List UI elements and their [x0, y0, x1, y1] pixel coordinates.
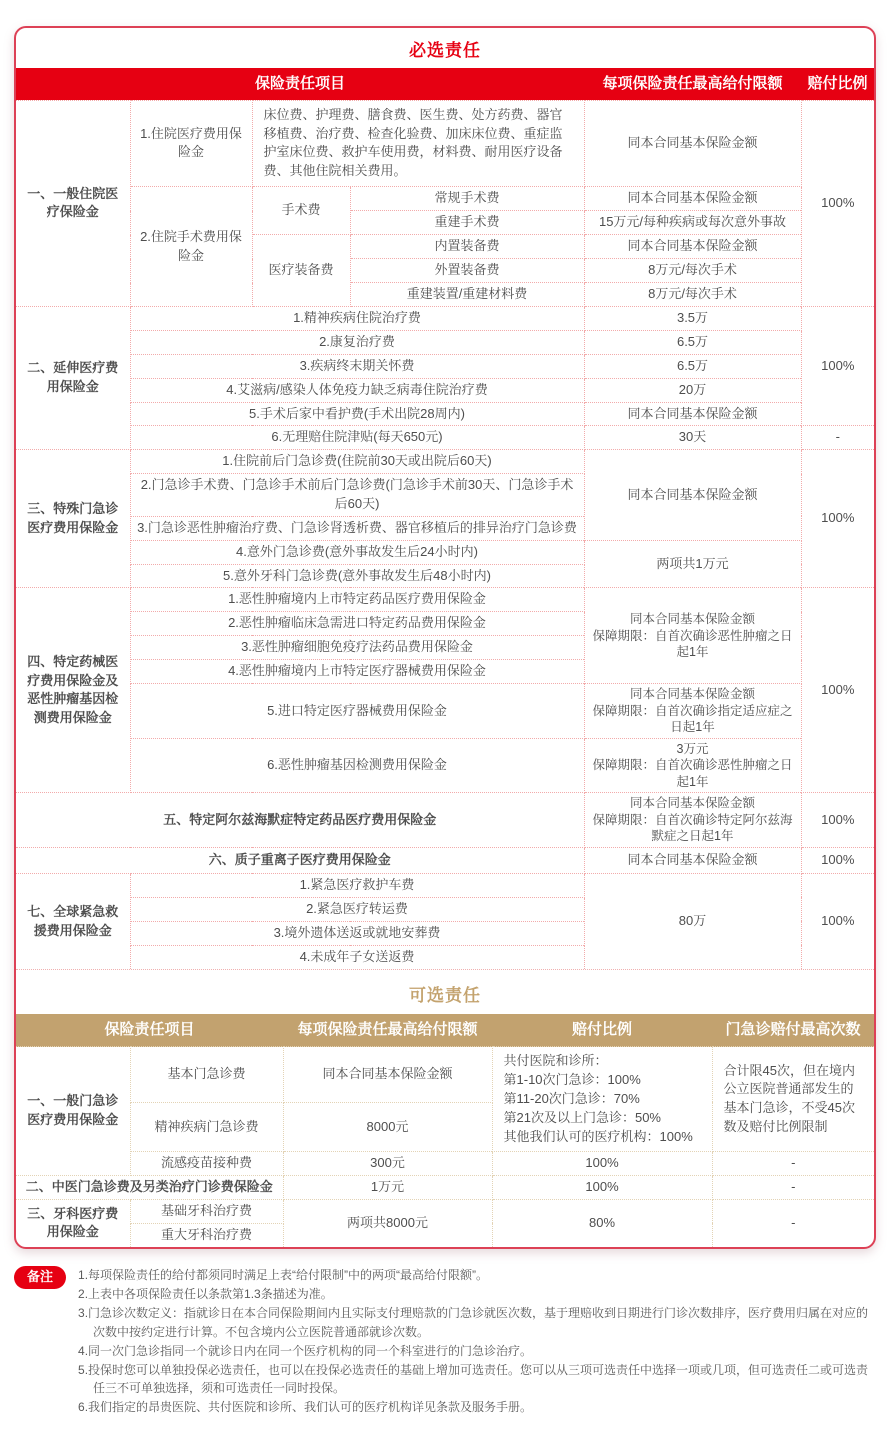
- table-row: 二、中医门急诊费及另类治疗门诊费保险金 1万元 100% -: [16, 1176, 874, 1200]
- table-row: 流感疫苗接种费 300元 100% -: [16, 1152, 874, 1176]
- limit-cell: 3.5万: [584, 307, 801, 331]
- table-row: 4.意外门急诊费(意外事故发生后24小时内) 两项共1万元: [16, 540, 874, 564]
- limit-cell: 同本合同基本保险金额: [283, 1047, 492, 1103]
- mandatory-header-row: 保险责任项目 每项保险责任最高给付限额 赔付比例: [16, 68, 874, 100]
- table-row: 二、延伸医疗费用保险金 1.精神疾病住院治疗费 3.5万 100%: [16, 307, 874, 331]
- benefits-page: 必选责任 保险责任项目 每项保险责任最高给付限额 赔付比例 一、一般住院医疗保险…: [0, 0, 890, 1429]
- section-name-cell: 四、特定药械医疗费用保险金及恶性肿瘤基因检测费用保险金: [16, 588, 130, 793]
- benefit-item-cell: 精神疾病门急诊费: [130, 1102, 283, 1152]
- note-item: 3.门急诊次数定义：指就诊日在本合同保险期间内且实际支付理赔款的门急诊就医次数，…: [78, 1304, 874, 1342]
- table-row: 6.无理赔住院津贴(每天650元) 30天 -: [16, 426, 874, 450]
- benefit-item-cell: 4.未成年子女送返费: [130, 945, 584, 969]
- header-cell-ratio: 赔付比例: [492, 1014, 712, 1046]
- ratio-cell: 100%: [801, 450, 874, 588]
- limit-cell: 两项共1万元: [584, 540, 801, 588]
- times-cell: -: [712, 1200, 874, 1247]
- table-row: 三、特殊门急诊医疗费用保险金 1.住院前后门急诊费(住院前30天或出院后60天)…: [16, 450, 874, 474]
- benefit-item-cell: 5.手术后家中看护费(手术出院28周内): [130, 402, 584, 426]
- ratio-cell: 100%: [801, 847, 874, 873]
- benefit-item-cell: 基本门急诊费: [130, 1047, 283, 1103]
- table-row: 六、质子重离子医疗费用保险金 同本合同基本保险金额 100%: [16, 847, 874, 873]
- benefit-subitem-cell: 外置装备费: [350, 259, 584, 283]
- times-cell: 合计限45次，但在境内公立医院普通部发生的基本门急诊，不受45次数及赔付比例限制: [712, 1047, 874, 1152]
- benefit-item-cell: 1.住院医疗费用保险金: [130, 100, 252, 186]
- limit-cell: 同本合同基本保险金额: [584, 187, 801, 211]
- section-name-cell: 六、质子重离子医疗费用保险金: [16, 847, 584, 873]
- benefit-item-cell: 2.康复治疗费: [130, 330, 584, 354]
- benefit-item-cell: 4.艾滋病/感染人体免疫力缺乏病毒住院治疗费: [130, 378, 584, 402]
- section-name-cell: 一、一般门急诊医疗费用保险金: [16, 1047, 130, 1176]
- benefit-subitem-cell: 重建装置/重建材料费: [350, 283, 584, 307]
- limit-cell: 6.5万: [584, 330, 801, 354]
- benefit-item-cell: 流感疫苗接种费: [130, 1152, 283, 1176]
- benefit-item-cell: 2.紧急医疗转运费: [130, 897, 584, 921]
- benefit-item-cell: 1.紧急医疗救护车费: [130, 873, 584, 897]
- header-cell-limit: 每项保险责任最高给付限额: [584, 68, 801, 100]
- header-cell-limit: 每项保险责任最高给付限额: [283, 1014, 492, 1046]
- optional-header-row: 保险责任项目 每项保险责任最高给付限额 赔付比例 门急诊赔付最高次数: [16, 1014, 874, 1046]
- limit-cell: 同本合同基本保险金额 保障期限：自首次确诊特定阿尔兹海默症之日起1年: [584, 793, 801, 848]
- header-cell-ratio: 赔付比例: [801, 68, 874, 100]
- table-row: 五、特定阿尔兹海默症特定药品医疗费用保险金 同本合同基本保险金额 保障期限：自首…: [16, 793, 874, 848]
- limit-cell: 同本合同基本保险金额: [584, 847, 801, 873]
- benefit-item-cell: 4.意外门急诊费(意外事故发生后24小时内): [130, 540, 584, 564]
- benefit-item-cell: 6.无理赔住院津贴(每天650元): [130, 426, 584, 450]
- benefit-item-cell: 2.恶性肿瘤临床急需进口特定药品费用保险金: [130, 612, 584, 636]
- group-name-cell: 手术费: [252, 187, 350, 235]
- times-cell: -: [712, 1176, 874, 1200]
- limit-cell: 1万元: [283, 1176, 492, 1200]
- footnotes: 备注 1.每项保险责任的给付都须同时满足上表“给付限制”中的两项“最高给付限额”…: [14, 1249, 876, 1418]
- table-row: 2.康复治疗费 6.5万: [16, 330, 874, 354]
- times-cell: -: [712, 1152, 874, 1176]
- benefit-item-cell: 2.门急诊手术费、门急诊手术前后门急诊费(门急诊手术前30天、门急诊手术后60天…: [130, 474, 584, 517]
- ratio-cell: -: [801, 426, 874, 450]
- benefit-desc-cell: 床位费、护理费、膳食费、医生费、处方药费、器官移植费、治疗费、检查化验费、加床床…: [252, 100, 584, 186]
- limit-cell: 同本合同基本保险金额: [584, 235, 801, 259]
- section-name-cell: 二、延伸医疗费用保险金: [16, 307, 130, 450]
- benefit-item-cell: 3.疾病终末期关怀费: [130, 354, 584, 378]
- limit-cell: 同本合同基本保险金额 保障期限：自首次确诊指定适应症之日起1年: [584, 684, 801, 739]
- limit-cell: 30天: [584, 426, 801, 450]
- note-item: 2.上表中各项保险责任以条款第1.3条描述为准。: [78, 1285, 874, 1304]
- benefit-subitem-cell: 常规手术费: [350, 187, 584, 211]
- notes-list: 1.每项保险责任的给付都须同时满足上表“给付限制”中的两项“最高给付限额”。 2…: [78, 1266, 874, 1418]
- table-row: 七、全球紧急救援费用保险金 1.紧急医疗救护车费 80万 100%: [16, 873, 874, 897]
- table-row: 四、特定药械医疗费用保险金及恶性肿瘤基因检测费用保险金 1.恶性肿瘤境内上市特定…: [16, 588, 874, 612]
- ratio-cell: 100%: [801, 793, 874, 848]
- limit-cell: 同本合同基本保险金额: [584, 402, 801, 426]
- header-cell-times: 门急诊赔付最高次数: [712, 1014, 874, 1046]
- limit-cell: 8000元: [283, 1102, 492, 1152]
- benefit-item-cell: 2.住院手术费用保险金: [130, 187, 252, 307]
- header-cell-project: 保险责任项目: [16, 1014, 283, 1046]
- benefit-item-cell: 1.住院前后门急诊费(住院前30天或出院后60天): [130, 450, 584, 474]
- note-item: 6.我们指定的昂贵医院、共付医院和诊所、我们认可的医疗机构详见条款及服务手册。: [78, 1398, 874, 1417]
- group-name-cell: 医疗装备费: [252, 235, 350, 307]
- limit-cell: 15万元/每种疾病或每次意外事故: [584, 211, 801, 235]
- optional-section-title: 可选责任: [16, 969, 874, 1014]
- limit-cell: 300元: [283, 1152, 492, 1176]
- benefit-subitem-cell: 重建手术费: [350, 211, 584, 235]
- note-item: 5.投保时您可以单独投保必选责任，也可以在投保必选责任的基础上增加可选责任。您可…: [78, 1361, 874, 1399]
- ratio-cell: 100%: [801, 588, 874, 793]
- section-name-cell: 三、特殊门急诊医疗费用保险金: [16, 450, 130, 588]
- section-name-cell: 五、特定阿尔兹海默症特定药品医疗费用保险金: [16, 793, 584, 848]
- benefit-item-cell: 1.恶性肿瘤境内上市特定药品医疗费用保险金: [130, 588, 584, 612]
- ratio-cell: 共付医院和诊所： 第1-10次门急诊：100% 第11-20次门急诊：70% 第…: [492, 1047, 712, 1152]
- limit-cell: 20万: [584, 378, 801, 402]
- mandatory-benefits-table: 保险责任项目 每项保险责任最高给付限额 赔付比例 一、一般住院医疗保险金 1.住…: [16, 68, 874, 969]
- benefit-item-cell: 3.恶性肿瘤细胞免疫疗法药品费用保险金: [130, 636, 584, 660]
- ratio-cell: 100%: [801, 100, 874, 306]
- section-name-cell: 一、一般住院医疗保险金: [16, 100, 130, 306]
- limit-cell: 3万元 保障期限：自首次确诊恶性肿瘤之日起1年: [584, 738, 801, 793]
- section-name-cell: 二、中医门急诊费及另类治疗门诊费保险金: [16, 1176, 283, 1200]
- benefit-item-cell: 3.境外遗体送返或就地安葬费: [130, 921, 584, 945]
- limit-cell: 8万元/每次手术: [584, 259, 801, 283]
- ratio-cell: 100%: [492, 1176, 712, 1200]
- section-name-cell: 七、全球紧急救援费用保险金: [16, 873, 130, 969]
- section-name-cell: 三、牙科医疗费用保险金: [16, 1200, 130, 1247]
- table-row: 4.艾滋病/感染人体免疫力缺乏病毒住院治疗费 20万: [16, 378, 874, 402]
- ratio-cell: 100%: [801, 307, 874, 426]
- limit-cell: 80万: [584, 873, 801, 969]
- ratio-cell: 100%: [492, 1152, 712, 1176]
- note-item: 1.每项保险责任的给付都须同时满足上表“给付限制”中的两项“最高给付限额”。: [78, 1266, 874, 1285]
- note-item: 4.同一次门急诊指同一个就诊日内在同一个医疗机构的同一个科室进行的门急诊治疗。: [78, 1342, 874, 1361]
- benefits-table-card: 必选责任 保险责任项目 每项保险责任最高给付限额 赔付比例 一、一般住院医疗保险…: [14, 26, 876, 1249]
- limit-cell: 8万元/每次手术: [584, 283, 801, 307]
- table-row: 三、牙科医疗费用保险金 基础牙科治疗费 两项共8000元 80% -: [16, 1200, 874, 1224]
- benefit-item-cell: 基础牙科治疗费: [130, 1200, 283, 1224]
- benefit-item-cell: 3.门急诊恶性肿瘤治疗费、门急诊肾透析费、器官移植后的排异治疗门急诊费: [130, 516, 584, 540]
- benefit-item-cell: 5.意外牙科门急诊费(意外事故发生后48小时内): [130, 564, 584, 588]
- limit-cell: 同本合同基本保险金额: [584, 100, 801, 186]
- limit-cell: 两项共8000元: [283, 1200, 492, 1247]
- limit-cell: 同本合同基本保险金额 保障期限：自首次确诊恶性肿瘤之日起1年: [584, 588, 801, 684]
- benefit-item-cell: 6.恶性肿瘤基因检测费用保险金: [130, 738, 584, 793]
- benefit-subitem-cell: 内置装备费: [350, 235, 584, 259]
- mandatory-section-title: 必选责任: [16, 28, 874, 68]
- ratio-cell: 100%: [801, 873, 874, 969]
- limit-cell: 同本合同基本保险金额: [584, 450, 801, 541]
- table-row: 5.手术后家中看护费(手术出院28周内) 同本合同基本保险金额: [16, 402, 874, 426]
- table-row: 一、一般门急诊医疗费用保险金 基本门急诊费 同本合同基本保险金额 共付医院和诊所…: [16, 1047, 874, 1103]
- limit-cell: 6.5万: [584, 354, 801, 378]
- benefit-item-cell: 1.精神疾病住院治疗费: [130, 307, 584, 331]
- table-row: 2.住院手术费用保险金 手术费 常规手术费 同本合同基本保险金额: [16, 187, 874, 211]
- ratio-cell: 80%: [492, 1200, 712, 1247]
- table-row: 6.恶性肿瘤基因检测费用保险金 3万元 保障期限：自首次确诊恶性肿瘤之日起1年: [16, 738, 874, 793]
- table-row: 5.进口特定医疗器械费用保险金 同本合同基本保险金额 保障期限：自首次确诊指定适…: [16, 684, 874, 739]
- header-cell-project: 保险责任项目: [16, 68, 584, 100]
- benefit-item-cell: 重大牙科治疗费: [130, 1223, 283, 1246]
- benefit-item-cell: 5.进口特定医疗器械费用保险金: [130, 684, 584, 739]
- notes-badge: 备注: [14, 1266, 66, 1289]
- table-row: 一、一般住院医疗保险金 1.住院医疗费用保险金 床位费、护理费、膳食费、医生费、…: [16, 100, 874, 186]
- optional-benefits-table: 保险责任项目 每项保险责任最高给付限额 赔付比例 门急诊赔付最高次数 一、一般门…: [16, 1014, 874, 1246]
- table-row: 3.疾病终末期关怀费 6.5万: [16, 354, 874, 378]
- benefit-item-cell: 4.恶性肿瘤境内上市特定医疗器械费用保险金: [130, 660, 584, 684]
